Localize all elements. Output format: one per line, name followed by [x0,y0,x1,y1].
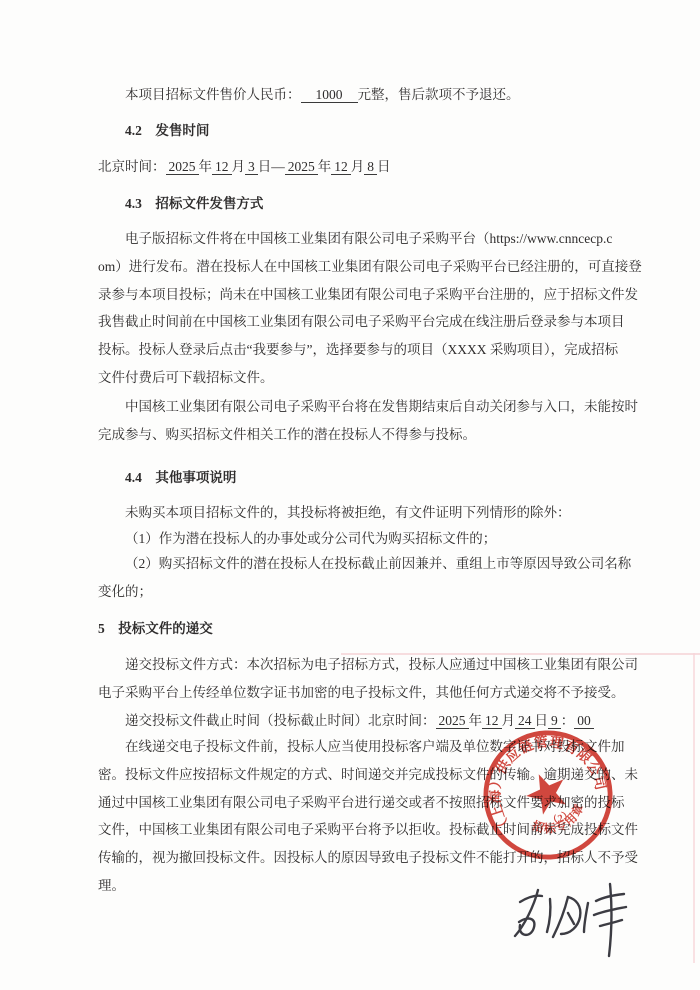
heading-4-4-other-notes: 4.4 其他事项说明 [98,464,624,492]
paragraph-other-intro: 未购买本项目招标文件的，其投标将被拒绝，有文件证明下列情形的除外： [98,499,624,527]
svg-text:招标专用章: 招标专用章 [525,796,592,845]
heading-4-3-sale-method: 4.3 招标文件发售方式 [98,190,624,218]
handwritten-signature [508,876,650,964]
list-item-2: （2）购买招标文件的潜在投标人在投标截止前因兼并、重组上市等原因导致公司名称 变… [98,550,624,606]
scan-artifact-vertical-line [693,653,695,963]
scanned-tender-document-page: 本项目招标文件售价人民币：1000元整，售后款项不予退还。 4.2 发售时间 北… [0,0,700,990]
price-line: 本项目招标文件售价人民币：1000元整，售后款项不予退还。 [98,81,624,109]
paragraph-submission-method: 递交投标文件方式：本次招标为电子招标方式，投标人应通过中国核工业集团有限公司 电… [98,651,624,707]
heading-4-2-sale-time: 4.2 发售时间 [98,117,624,145]
seal-type-label: 招标专用章 [525,796,592,845]
sale-period-line: 北京时间：2025年12月3日—2025年12月8日 [98,153,624,181]
heading-5-bid-submission: 5 投标文件的递交 [98,615,624,643]
paragraph-auto-close: 中国核工业集团有限公司电子采购平台将在发售期结束后自动关闭参与入口，未能按时 完… [98,393,624,449]
seal-star-icon [520,766,573,818]
list-item-1: （1）作为潜在投标人的办事处或分公司代为购买招标文件的； [98,525,624,553]
paragraph-platform-release: 电子版招标文件将在中国核工业集团有限公司电子采购平台（https://www.c… [98,225,624,392]
